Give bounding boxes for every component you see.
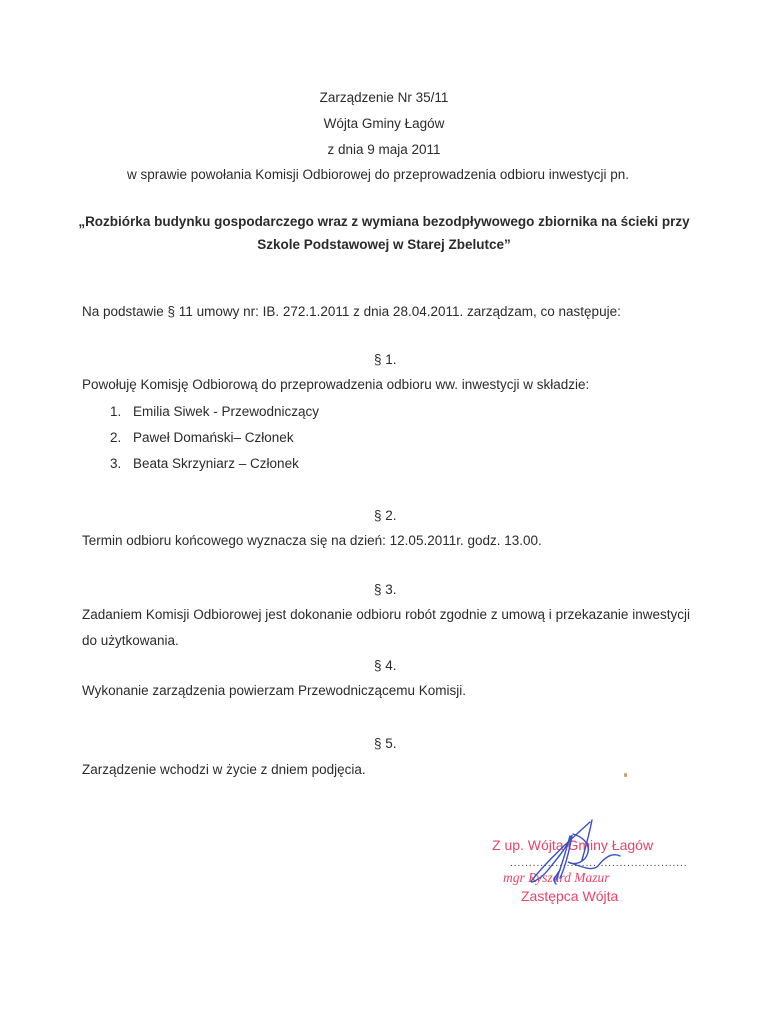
handwritten-signature (0, 0, 768, 1017)
